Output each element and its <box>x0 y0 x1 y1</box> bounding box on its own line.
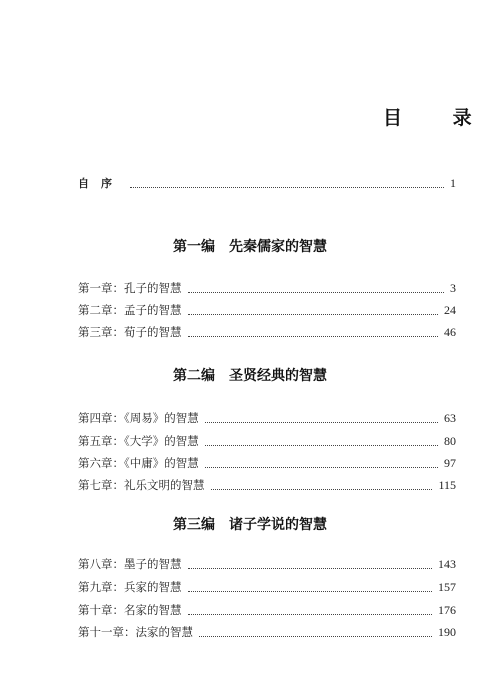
part-title: 诸子学说的智慧 <box>229 517 327 533</box>
entry-label: 第九章：兵家的智慧 <box>78 579 182 595</box>
dot-leader <box>211 488 433 490</box>
dot-leader <box>199 635 432 637</box>
entry-page: 24 <box>444 303 456 318</box>
entry-page: 157 <box>438 580 456 595</box>
dot-leader <box>188 613 433 615</box>
entry-page: 3 <box>450 281 456 296</box>
part-heading-3: 第三编诸子学说的智慧 <box>0 514 500 534</box>
entry-label: 第一章：孔子的智慧 <box>78 280 182 296</box>
entry-label: 自序 <box>78 175 124 191</box>
part-number: 第二编 <box>173 368 215 384</box>
entry-label: 第十一章：法家的智慧 <box>78 624 193 640</box>
toc-entry[interactable]: 第五章：《大学》的智慧 80 <box>78 433 456 449</box>
entry-label: 第三章：荀子的智慧 <box>78 324 182 340</box>
entry-page: 115 <box>438 478 456 493</box>
entry-page: 143 <box>438 557 456 572</box>
entry-label: 第四章：《周易》的智慧 <box>78 410 199 426</box>
toc-entry[interactable]: 第七章：礼乐文明的智慧 115 <box>78 477 456 493</box>
part-title: 先秦儒家的智慧 <box>229 239 327 255</box>
dot-leader <box>205 444 438 446</box>
dot-leader <box>188 313 439 315</box>
dot-leader <box>188 291 445 293</box>
toc-entry[interactable]: 第四章：《周易》的智慧 63 <box>78 410 456 426</box>
toc-entry[interactable]: 第十章：名家的智慧 176 <box>78 602 456 618</box>
entry-page: 63 <box>444 411 456 426</box>
entry-page: 97 <box>444 456 456 471</box>
entry-label: 第十章：名家的智慧 <box>78 602 182 618</box>
toc-entry[interactable]: 第八章：墨子的智慧 143 <box>78 556 456 572</box>
entry-page: 46 <box>444 325 456 340</box>
part-heading-1: 第一编先秦儒家的智慧 <box>0 236 500 256</box>
entry-page: 1 <box>450 176 456 191</box>
dot-leader <box>205 421 438 423</box>
entry-page: 190 <box>438 625 456 640</box>
entry-label: 第八章：墨子的智慧 <box>78 556 182 572</box>
dot-leader <box>205 466 438 468</box>
part-number: 第三编 <box>173 517 215 533</box>
entry-label: 第五章：《大学》的智慧 <box>78 433 199 449</box>
toc-entry[interactable]: 第一章：孔子的智慧 3 <box>78 280 456 296</box>
toc-title: 目 录 <box>383 103 494 130</box>
entry-label: 第七章：礼乐文明的智慧 <box>78 477 205 493</box>
entry-label: 第六章：《中庸》的智慧 <box>78 455 199 471</box>
entry-label: 第二章：孟子的智慧 <box>78 302 182 318</box>
dot-leader <box>188 590 433 592</box>
entry-page: 176 <box>438 603 456 618</box>
dot-leader <box>188 335 439 337</box>
toc-entry[interactable]: 第三章：荀子的智慧 46 <box>78 324 456 340</box>
toc-entry[interactable]: 第九章：兵家的智慧 157 <box>78 579 456 595</box>
part-heading-2: 第二编圣贤经典的智慧 <box>0 365 500 385</box>
toc-entry[interactable]: 第六章：《中庸》的智慧 97 <box>78 455 456 471</box>
toc-entry[interactable]: 第十一章：法家的智慧 190 <box>78 624 456 640</box>
entry-page: 80 <box>444 434 456 449</box>
part-number: 第一编 <box>173 239 215 255</box>
toc-entry-preface[interactable]: 自序 1 <box>78 175 456 191</box>
toc-entry[interactable]: 第二章：孟子的智慧 24 <box>78 302 456 318</box>
part-title: 圣贤经典的智慧 <box>229 368 327 384</box>
dot-leader <box>188 567 433 569</box>
dot-leader <box>130 186 444 188</box>
